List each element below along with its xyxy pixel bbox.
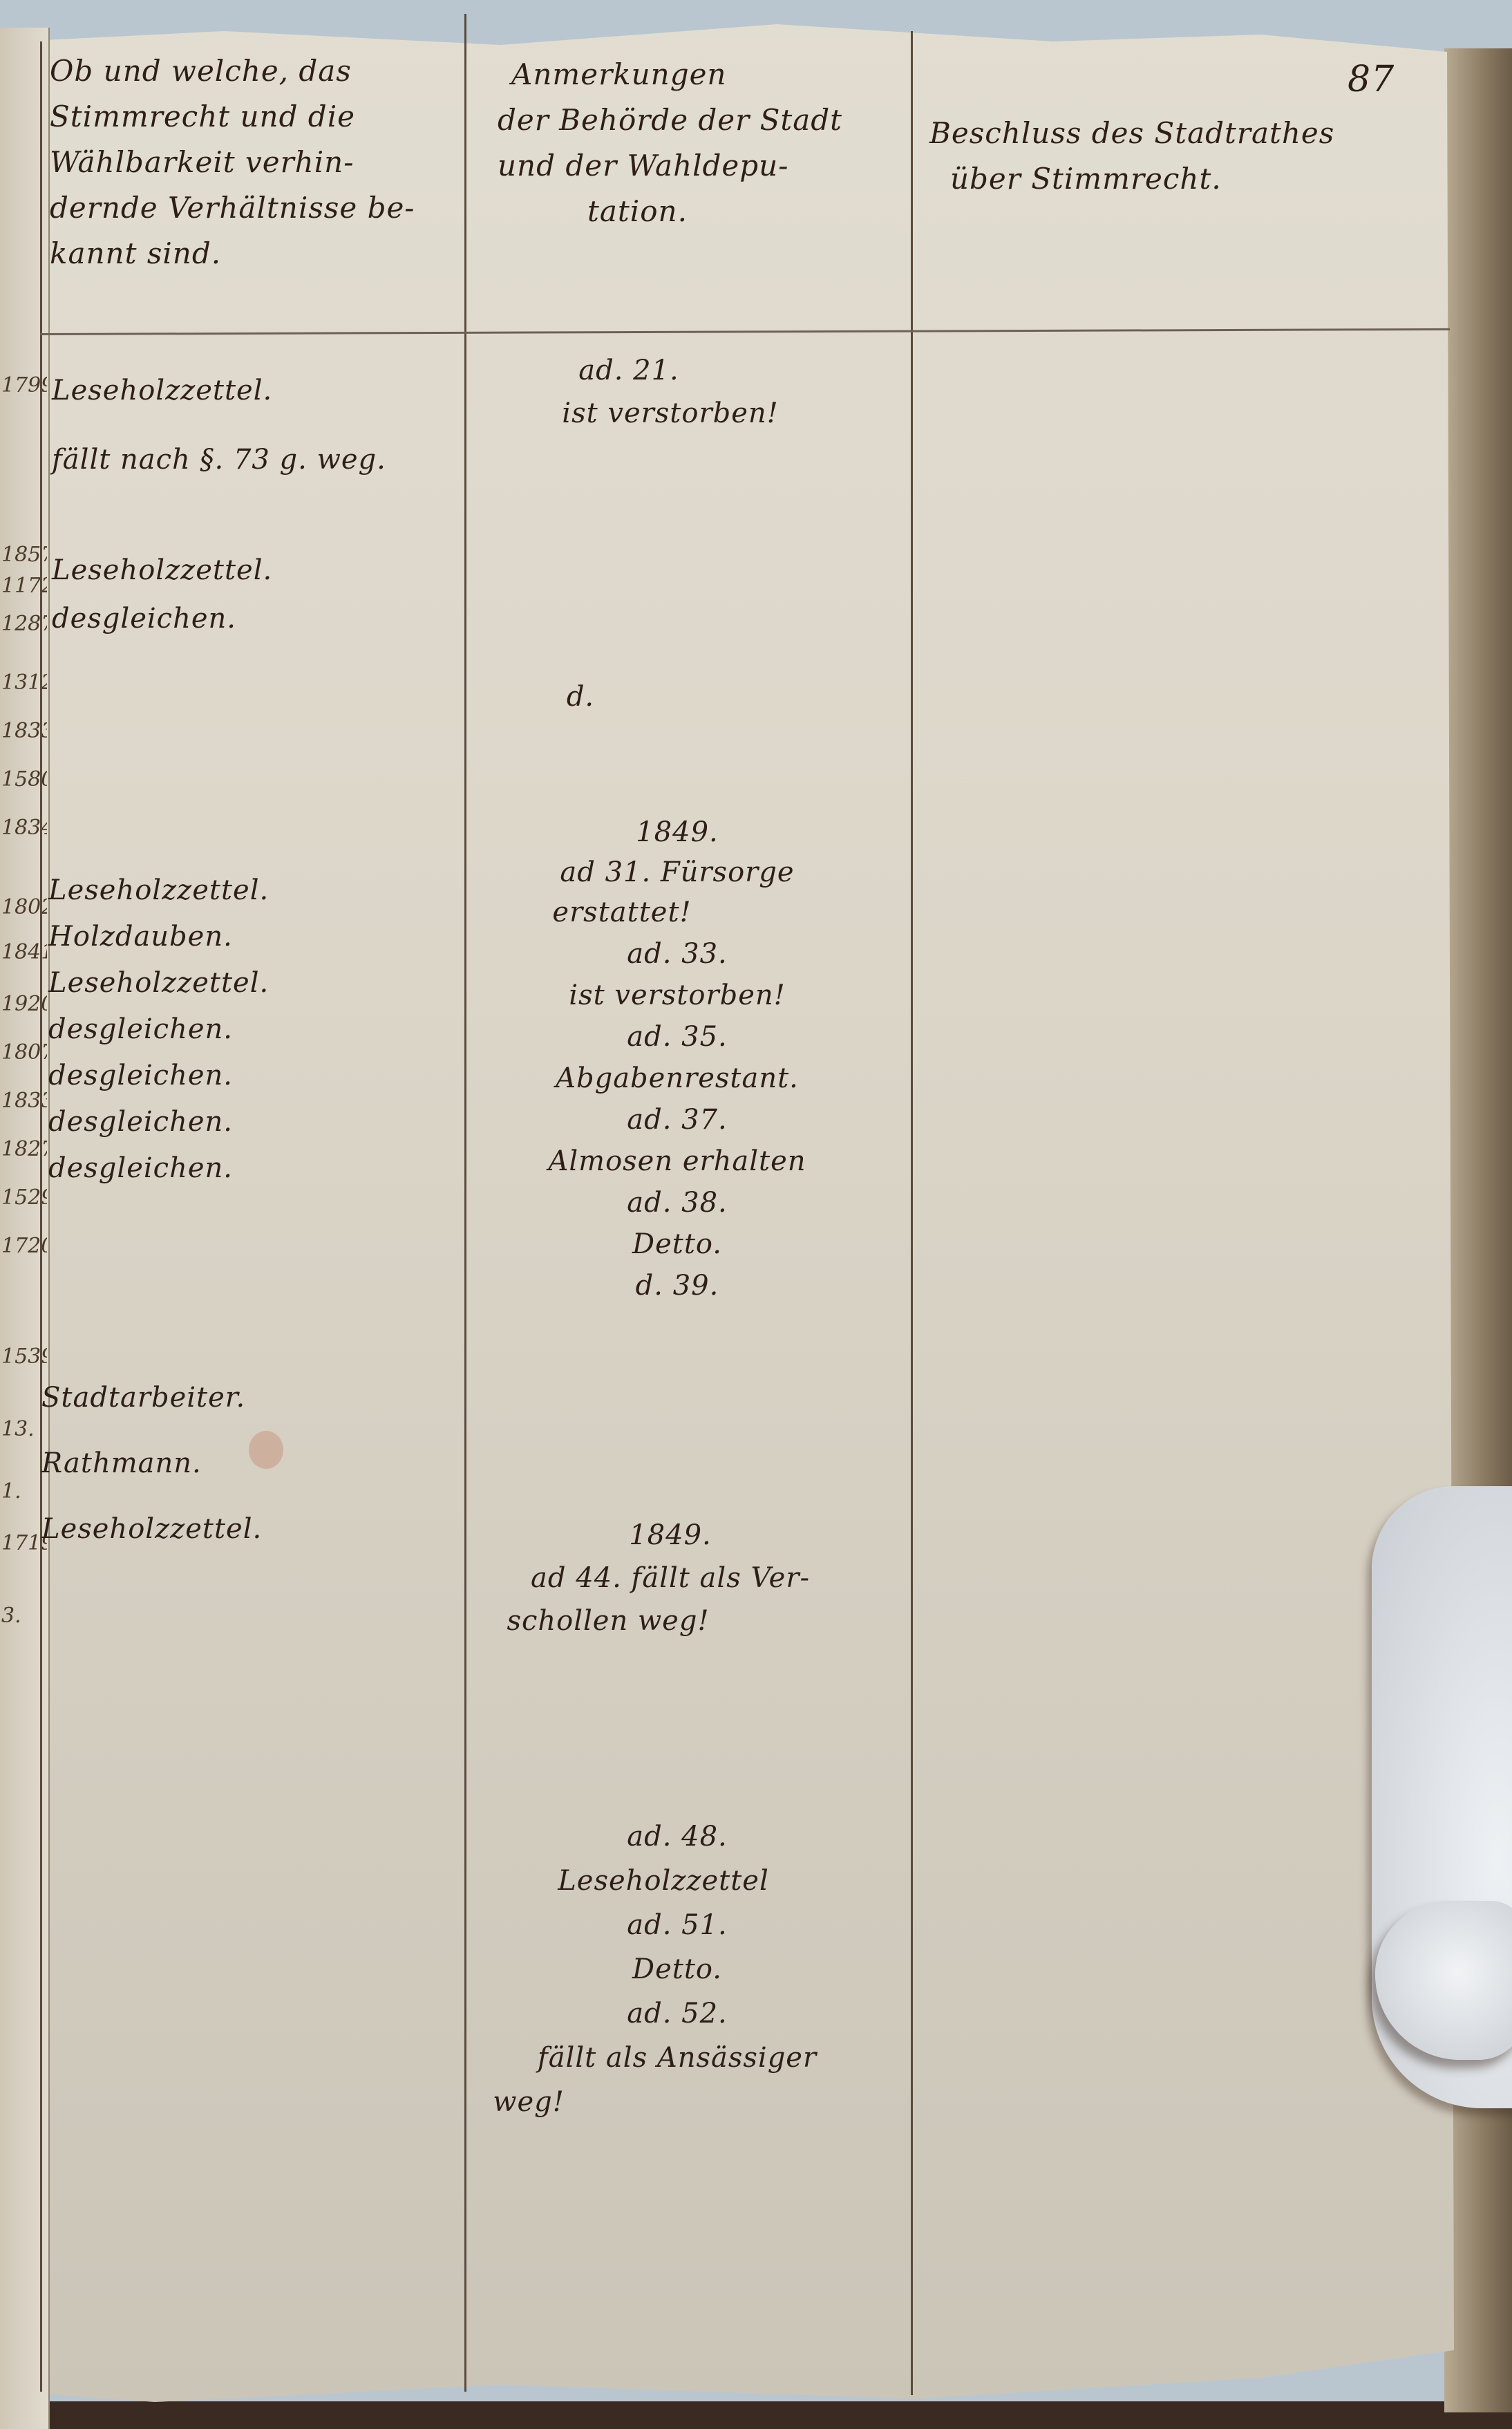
entry-line: d. 39.	[470, 1265, 885, 1306]
entry-line: Leseholzzettel	[463, 1859, 864, 1903]
entry-line: ist verstorben!	[477, 392, 864, 435]
entry-col1: Leseholzzettel. fällt nach §. 73 g. weg.	[52, 356, 386, 494]
entry-line: desgleichen.	[48, 1053, 269, 1099]
entry-col1: Stadtarbeiter. Rathmann. Leseholzzettel.	[41, 1365, 262, 1562]
column-header-eligibility: Ob und welche, das Stimmrecht und die Wä…	[50, 48, 415, 276]
entry-line: ad. 21.	[477, 349, 781, 392]
entry-line: Detto.	[470, 1223, 885, 1265]
entry-line: desgleichen.	[48, 1099, 269, 1145]
entry-col2: 1849. ad 44. fällt als Ver- schollen weg…	[456, 1514, 885, 1642]
header-line: kannt sind.	[50, 231, 415, 276]
entry-line: ad. 48.	[463, 1814, 891, 1859]
entry-line: fällt als Ansässiger	[463, 2036, 891, 2080]
header-line: Anmerkungen	[498, 52, 842, 97]
column-header-decision: Beschluss des Stadtrathes über Stimmrech…	[929, 111, 1334, 202]
entry-line: Leseholzzettel.	[52, 546, 272, 594]
decision-column-body-empty	[914, 339, 1439, 2343]
header-line: der Behörde der Stadt	[498, 97, 842, 143]
header-line: tation.	[498, 189, 842, 234]
column-header-remarks: Anmerkungen der Behörde der Stadt und de…	[498, 52, 842, 234]
entry-line: 1849.	[456, 1514, 885, 1557]
entry-line: ist verstorben!	[470, 975, 885, 1016]
left-page-edge: 1799 1857. 1172. 1287. 1312. 1833 1580. …	[0, 28, 50, 2429]
entry-col2: ad. 33. ist verstorben! ad. 35. Abgabenr…	[470, 933, 885, 1306]
entry-line: ad 44. fällt als Ver-	[456, 1557, 885, 1600]
entry-line: ad. 38.	[470, 1182, 885, 1223]
entry-line: desgleichen.	[52, 594, 272, 643]
entry-line: Stadtarbeiter.	[41, 1365, 262, 1431]
entry-line: fällt nach §. 73 g. weg.	[52, 425, 386, 494]
entry-col1: Leseholzzettel. desgleichen.	[52, 546, 272, 643]
header-line: Ob und welche, das	[50, 48, 415, 94]
entry-line: ad. 35.	[470, 1016, 885, 1058]
entry-line: Leseholzzettel.	[52, 356, 386, 425]
entry-col2: 1849. ad 31. Fürsorge erstattet!	[463, 812, 891, 932]
header-line: über Stimmrecht.	[929, 156, 1334, 202]
entry-line: Detto.	[463, 1947, 891, 1991]
entry-line: Leseholzzettel.	[48, 960, 269, 1006]
header-line: Stimmrecht und die	[50, 94, 415, 140]
entry-col2: d.	[477, 681, 684, 713]
entry-line: schollen weg!	[456, 1600, 760, 1642]
entry-line: Leseholzzettel.	[48, 868, 269, 914]
backdrop-table	[0, 2401, 1512, 2429]
header-line: und der Wahldepu-	[498, 143, 842, 189]
column-rule-2	[911, 31, 913, 2395]
page-number: 87	[1348, 59, 1395, 100]
entry-line: Holzdauben.	[48, 914, 269, 960]
entry-line: erstattet!	[463, 892, 781, 932]
header-line: Beschluss des Stadtrathes	[929, 111, 1334, 156]
header-line: Wählbarkeit verhin-	[50, 140, 415, 185]
entry-col2: ad. 21. ist verstorben!	[477, 349, 864, 435]
entry-line: Rathmann.	[41, 1431, 262, 1497]
entry-line: ad. 52.	[463, 1991, 891, 2036]
entry-line: Abgabenrestant.	[470, 1058, 885, 1099]
entry-line: desgleichen.	[48, 1006, 269, 1053]
entry-line: Almosen erhalten	[470, 1141, 885, 1182]
entry-col1: Leseholzzettel. Holzdauben. Leseholzzett…	[48, 868, 269, 1192]
entry-line: d.	[477, 681, 684, 713]
entry-line: Leseholzzettel.	[41, 1497, 262, 1562]
entry-line: ad. 37.	[470, 1099, 885, 1141]
paper-stain	[249, 1431, 283, 1469]
entry-line: ad 31. Fürsorge	[463, 852, 891, 892]
entry-line: desgleichen.	[48, 1145, 269, 1192]
column-rule-left	[40, 41, 42, 2392]
entry-line: weg!	[463, 2080, 594, 2124]
entry-line: ad. 51.	[463, 1903, 891, 1947]
entry-line: ad. 33.	[470, 933, 885, 975]
header-line: dernde Verhältnisse be-	[50, 185, 415, 231]
entry-col2: ad. 48. Leseholzzettel ad. 51. Detto. ad…	[463, 1814, 891, 2124]
entry-line: 1849.	[463, 812, 891, 852]
